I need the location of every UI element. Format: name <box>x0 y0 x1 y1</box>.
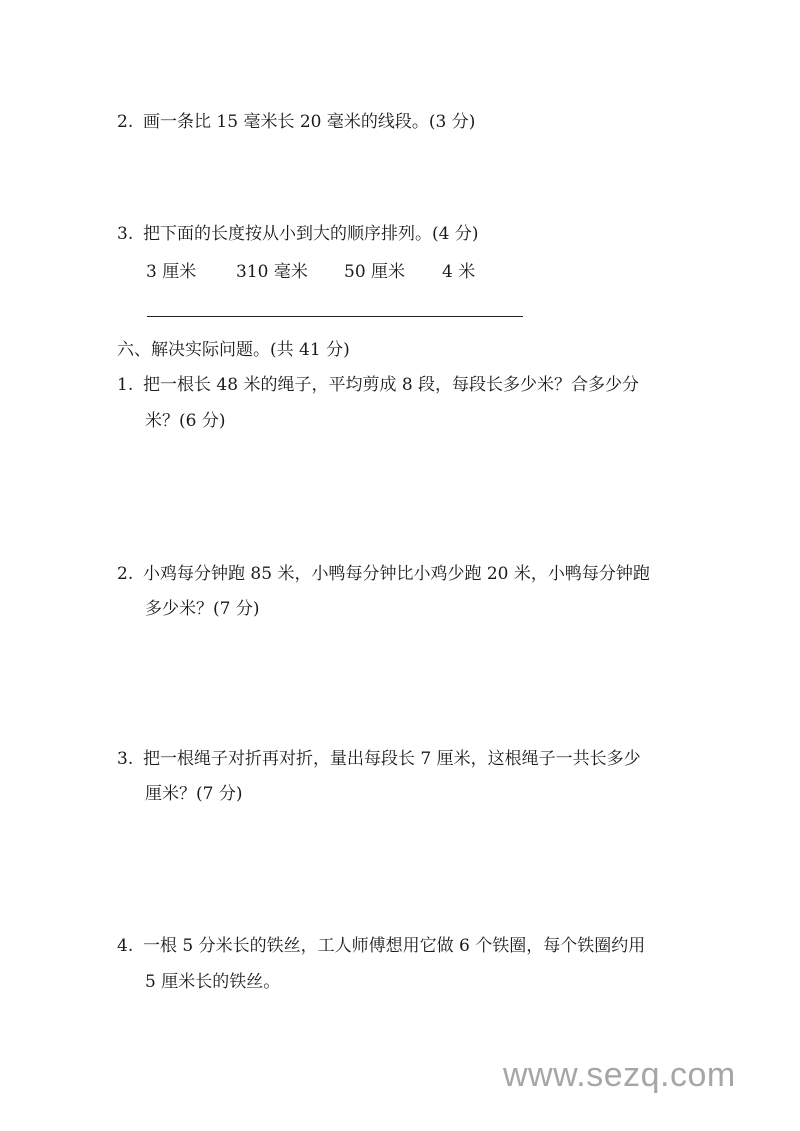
answer-line <box>147 316 523 317</box>
question-number: 3. <box>117 747 143 771</box>
length-option: 3 厘米 <box>146 260 196 284</box>
question-text: 把下面的长度按从小到大的顺序排列。(4 分) <box>143 224 478 244</box>
question-number: 2. <box>117 110 143 134</box>
watermark: www.sezq.com <box>503 1056 736 1095</box>
question-text: 画一条比 15 毫米长 20 毫米的线段。(3 分) <box>143 112 475 132</box>
question-text: 一根 5 分米长的铁丝，工人师傅想用它做 6 个铁圈，每个铁圈约用 <box>143 936 645 956</box>
problem-4-continued: 5 厘米长的铁丝。 <box>145 970 280 994</box>
length-option: 50 厘米 <box>344 260 405 284</box>
problem-3-continued: 厘米？(7 分) <box>145 782 242 806</box>
question-number: 2. <box>117 562 143 586</box>
question-number: 3. <box>117 222 143 246</box>
question-3-order-lengths: 3.把下面的长度按从小到大的顺序排列。(4 分) <box>117 222 478 246</box>
question-number: 1. <box>117 373 143 397</box>
problem-1: 1.把一根长 48 米的绳子，平均剪成 8 段，每段长多少米？合多少分 <box>117 373 639 397</box>
problem-2-continued: 多少米？(7 分) <box>145 597 259 621</box>
problem-4: 4.一根 5 分米长的铁丝，工人师傅想用它做 6 个铁圈，每个铁圈约用 <box>117 934 645 958</box>
question-number: 4. <box>117 934 143 958</box>
problem-2: 2.小鸡每分钟跑 85 米，小鸭每分钟比小鸡少跑 20 米，小鸭每分钟跑 <box>117 562 650 586</box>
problem-3: 3.把一根绳子对折再对折，量出每段长 7 厘米，这根绳子一共长多少 <box>117 747 641 771</box>
question-text: 把一根长 48 米的绳子，平均剪成 8 段，每段长多少米？合多少分 <box>143 375 639 395</box>
section-6-title: 六、解决实际问题。(共 41 分) <box>117 338 350 362</box>
question-text: 把一根绳子对折再对折，量出每段长 7 厘米，这根绳子一共长多少 <box>143 749 641 769</box>
problem-1-continued: 米？(6 分) <box>145 409 225 433</box>
length-option: 310 毫米 <box>236 260 308 284</box>
length-option: 4 米 <box>442 260 475 284</box>
question-text: 小鸡每分钟跑 85 米，小鸭每分钟比小鸡少跑 20 米，小鸭每分钟跑 <box>143 564 650 584</box>
question-2-draw-segment: 2.画一条比 15 毫米长 20 毫米的线段。(3 分) <box>117 110 475 134</box>
